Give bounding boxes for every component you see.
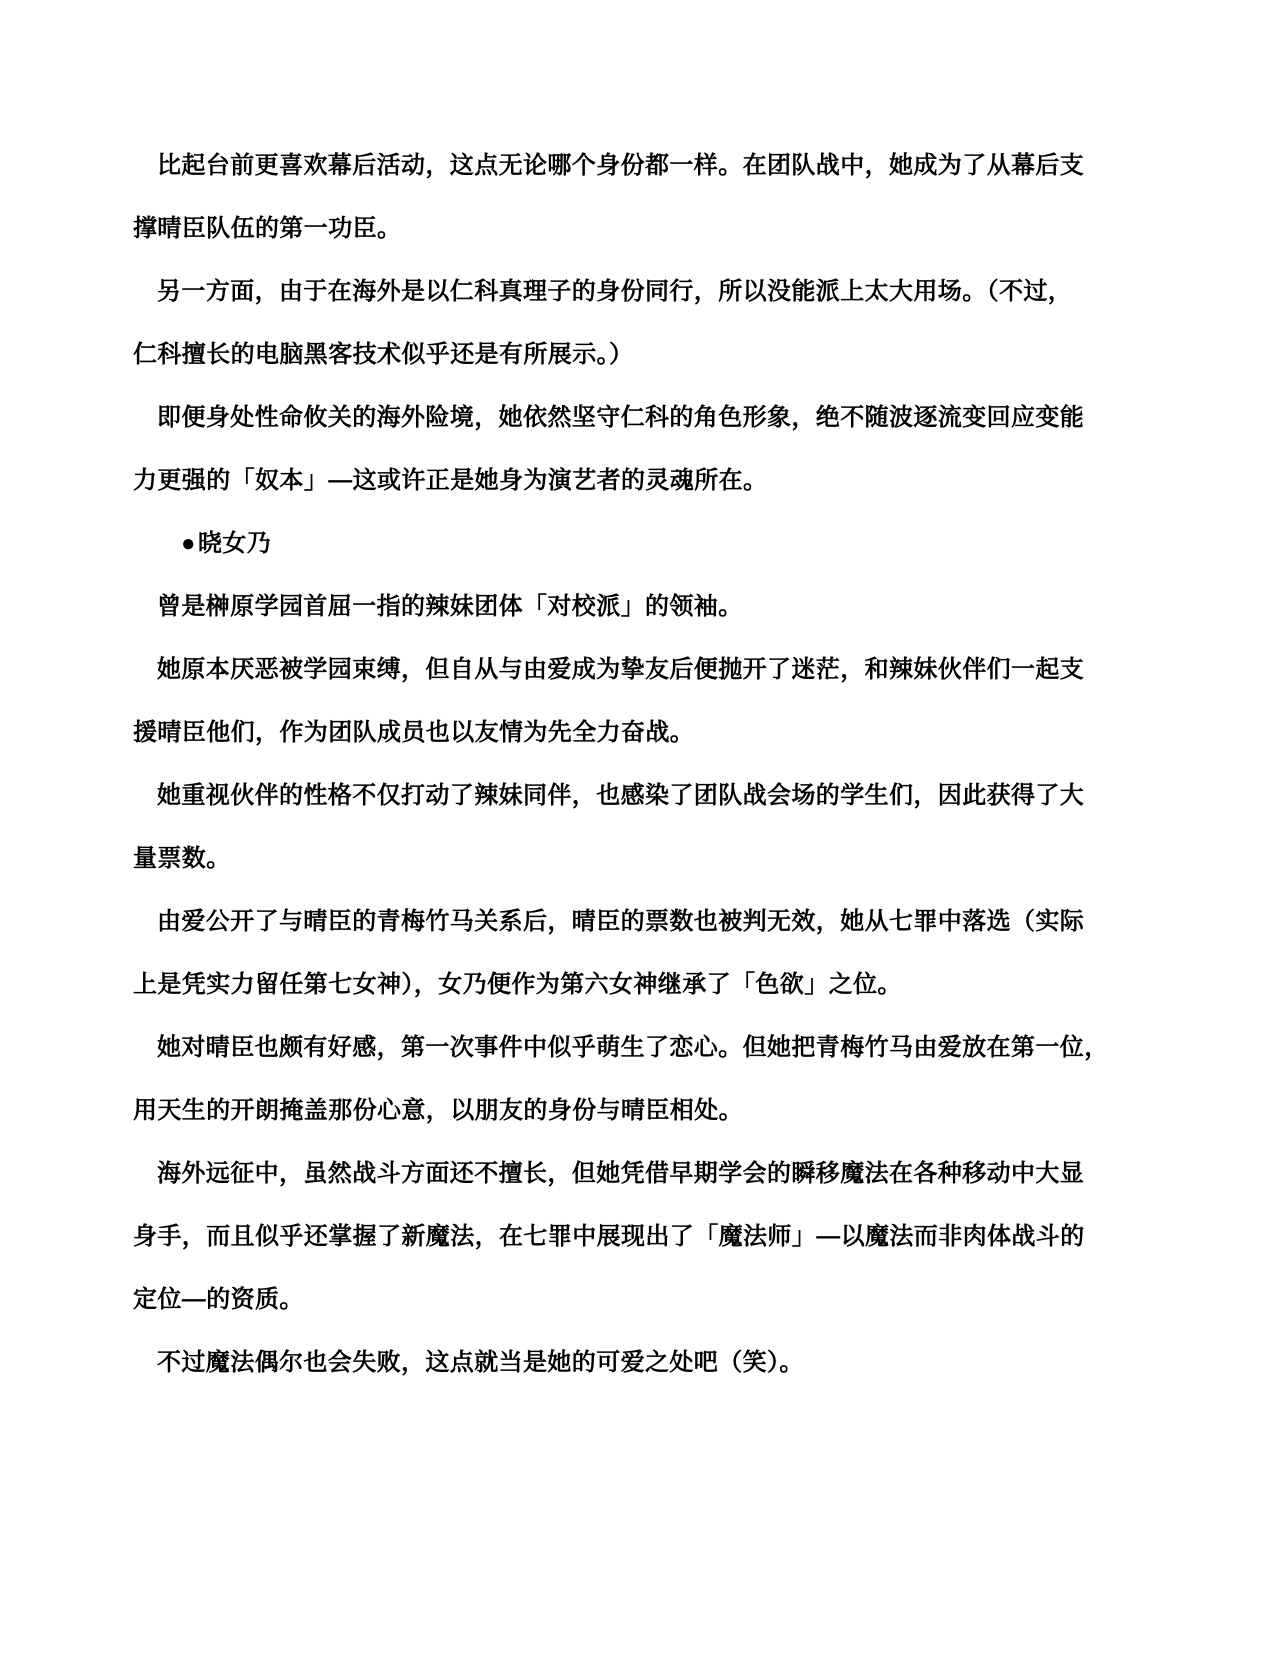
document-page: 比起台前更喜欢幕后活动，这点无论哪个身份都一样。在团队战中，她成为了从幕后支撑晴… bbox=[0, 0, 1280, 1656]
paragraph-line: 曾是榊原学园首屈一指的辣妹团体「对校派」的领袖。 bbox=[133, 575, 1180, 638]
paragraph-line: 比起台前更喜欢幕后活动，这点无论哪个身份都一样。在团队战中，她成为了从幕后支 bbox=[133, 134, 1180, 197]
paragraph-line: 她原本厌恶被学园束缚，但自从与由爱成为挚友后便抛开了迷茫，和辣妹伙伴们一起支 bbox=[133, 638, 1180, 701]
paragraph-line: 用天生的开朗掩盖那份心意，以朋友的身份与晴臣相处。 bbox=[133, 1079, 1180, 1142]
paragraph-line: 撑晴臣队伍的第一功臣。 bbox=[133, 197, 1180, 260]
section-heading: ●晓女乃 bbox=[133, 512, 1180, 575]
paragraph-line: 援晴臣他们，作为团队成员也以友情为先全力奋战。 bbox=[133, 701, 1180, 764]
paragraph-line: 定位—的资质。 bbox=[133, 1268, 1180, 1331]
paragraph-line: 另一方面，由于在海外是以仁科真理子的身份同行，所以没能派上太大用场。（不过， bbox=[133, 260, 1180, 323]
paragraph-line: 她对晴臣也颇有好感，第一次事件中似乎萌生了恋心。但她把青梅竹马由爱放在第一位， bbox=[133, 1016, 1180, 1079]
section-heading-label: 晓女乃 bbox=[198, 530, 271, 557]
paragraph-line: 上是凭实力留任第七女神），女乃便作为第六女神继承了「色欲」之位。 bbox=[133, 953, 1180, 1016]
paragraph-line: 她重视伙伴的性格不仅打动了辣妹同伴，也感染了团队战会场的学生们，因此获得了大 bbox=[133, 764, 1180, 827]
paragraph-line: 量票数。 bbox=[133, 827, 1180, 890]
paragraph-line: 力更强的「奴本」—这或许正是她身为演艺者的灵魂所在。 bbox=[133, 449, 1180, 512]
paragraph-line: 海外远征中，虽然战斗方面还不擅长，但她凭借早期学会的瞬移魔法在各种移动中大显 bbox=[133, 1142, 1180, 1205]
bullet-icon: ● bbox=[157, 512, 196, 575]
paragraph-line: 即便身处性命攸关的海外险境，她依然坚守仁科的角色形象，绝不随波逐流变回应变能 bbox=[133, 386, 1180, 449]
paragraph-line: 仁科擅长的电脑黑客技术似乎还是有所展示。） bbox=[133, 323, 1180, 386]
paragraph-line: 身手，而且似乎还掌握了新魔法，在七罪中展现出了「魔法师」—以魔法而非肉体战斗的 bbox=[133, 1205, 1180, 1268]
paragraph-line: 不过魔法偶尔也会失败，这点就当是她的可爱之处吧（笑）。 bbox=[133, 1331, 1180, 1394]
paragraph-line: 由爱公开了与晴臣的青梅竹马关系后，晴臣的票数也被判无效，她从七罪中落选（实际 bbox=[133, 890, 1180, 953]
